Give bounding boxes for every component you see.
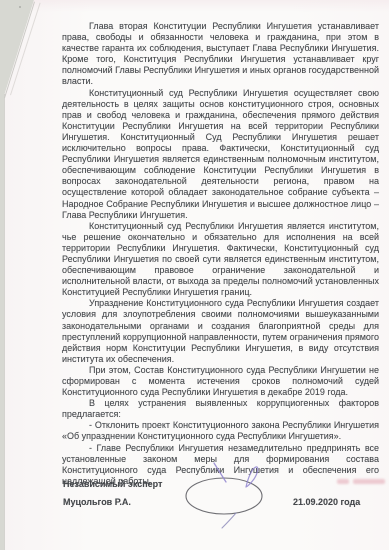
scan-speck	[19, 6, 21, 8]
document-body: Глава вторая Конституции Республики Ингу…	[62, 21, 379, 487]
signatory-role: Независимый эксперт	[63, 479, 162, 489]
paragraph: Конституционный суд Республики Ингушетия…	[62, 221, 379, 299]
paragraph: Упразднение Конституционного суда Респуб…	[62, 298, 379, 365]
signatory-name: Муцольгов Р.А.	[63, 497, 131, 507]
paragraph: При этом, Состав Конституционного суда Р…	[62, 365, 379, 398]
signature-date: 21.09.2020 года	[293, 497, 360, 507]
handwritten-signature-ellipse-icon	[178, 456, 288, 536]
paragraph-proposal-item: - Отклонить проект Конституционного зако…	[62, 420, 379, 442]
ink-bleedthrough	[337, 479, 389, 487]
paragraph: Конституционный суд Республики Ингушетия…	[62, 88, 379, 221]
page-left-edge	[4, 94, 5, 550]
ink-bleedthrough-smudge	[353, 479, 385, 484]
paragraph: В целях устранения выявленных коррупциог…	[62, 398, 379, 420]
scanned-document-view: Глава вторая Конституции Республики Ингу…	[0, 0, 389, 550]
paragraph: Глава вторая Конституции Республики Ингу…	[62, 21, 379, 88]
ink-bleedthrough-smudge	[337, 479, 349, 484]
